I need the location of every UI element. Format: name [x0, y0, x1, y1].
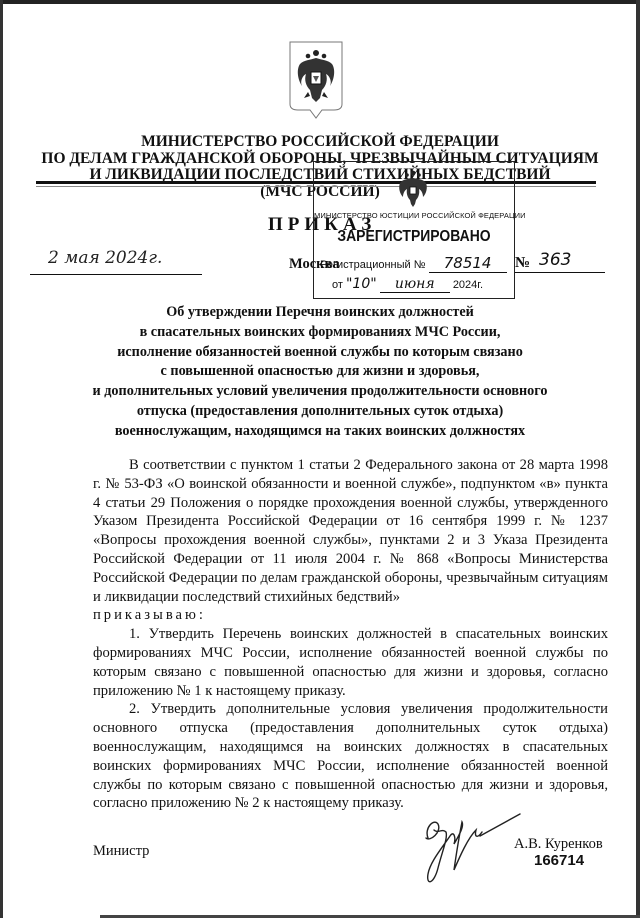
handwritten-date-field: 2 мая 2024г.: [30, 248, 202, 275]
stamp-date-month: июня: [380, 276, 450, 293]
stamp-eagle-icon: [396, 168, 430, 208]
preamble-paragraph: В соответствии с пунктом 1 статьи 2 Феде…: [93, 456, 608, 606]
title-line-2: в спасательных воинских формированиях МЧ…: [0, 323, 640, 343]
document-id-number: 166714: [534, 852, 584, 869]
title-line-7: военнослужащим, находящимся на таких вои…: [0, 422, 640, 442]
title-line-1: Об утверждении Перечня воинских должност…: [0, 303, 640, 323]
russian-coat-of-arms-icon: [288, 40, 344, 120]
stamp-reg-number: 78514: [429, 254, 507, 273]
stamp-ministry-name: МИНИСТЕРСТВО ЮСТИЦИИ РОССИЙСКОЙ ФЕДЕРАЦИ…: [314, 211, 514, 220]
header-line-1: МИНИСТЕРСТВО РОССИЙСКОЙ ФЕДЕРАЦИИ: [0, 134, 640, 151]
stamp-date-prefix: от: [332, 279, 343, 291]
scan-edge-top: [0, 0, 640, 4]
title-line-6: отпуска (предоставления дополнительных с…: [0, 402, 640, 422]
order-item-2: 2. Утвердить дополнительные условия увел…: [93, 700, 608, 813]
handwritten-date: 2 мая 2024г.: [48, 248, 162, 268]
number-sign: №: [515, 255, 530, 272]
stamp-reg-label: Регистрационный №: [320, 259, 426, 271]
stamp-registration-line: Регистрационный № 78514: [320, 254, 507, 273]
title-line-4: с повышенной опасностью для жизни и здор…: [0, 362, 640, 382]
stamp-date-year: 2024г.: [453, 279, 483, 291]
title-line-5: и дополнительных условий увеличения прод…: [0, 382, 640, 402]
document-number: 363: [539, 250, 571, 270]
registration-stamp: МИНИСТЕРСТВО ЮСТИЦИИ РОССИЙСКОЙ ФЕДЕРАЦИ…: [313, 161, 515, 299]
signatory-position: Министр: [93, 843, 149, 860]
order-word: приказываю:: [93, 606, 608, 625]
stamp-date-day: "10": [346, 276, 377, 292]
signatory-name: А.В. Куренков: [514, 836, 603, 853]
order-title: Об утверждении Перечня воинских должност…: [0, 303, 640, 442]
title-line-3: исполнение обязанностей военной службы п…: [0, 343, 640, 363]
stamp-date-line: от "10" июня 2024г.: [332, 276, 483, 293]
order-body: В соответствии с пунктом 1 статьи 2 Феде…: [93, 456, 608, 813]
stamp-registered-title: ЗАРЕГИСТРИРОВАНО: [324, 228, 504, 246]
order-item-1: 1. Утвердить Перечень воинских должносте…: [93, 625, 608, 700]
document-number-field: № 363: [515, 250, 605, 273]
